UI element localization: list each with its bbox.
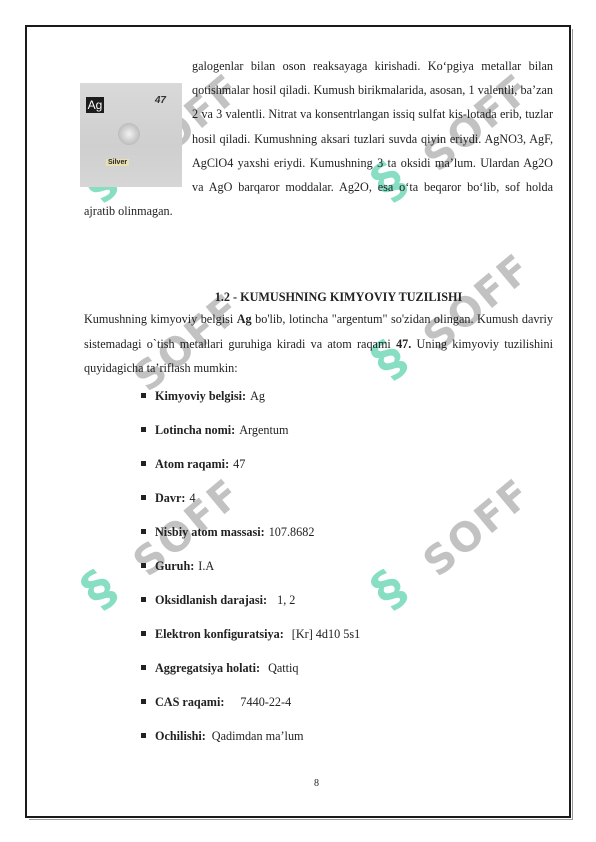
property-value: Qattiq (268, 661, 298, 675)
bullet-icon (141, 563, 146, 568)
property-value: Qadimdan ma’lum (212, 729, 304, 743)
bullet-icon (141, 597, 146, 602)
property-label: Guruh: (155, 559, 194, 573)
properties-list: Kimyoviy belgisi:Ag Lotincha nomi:Argent… (84, 386, 553, 760)
property-label: Aggregatsiya holati: (155, 661, 260, 675)
page-content: Ag 47 Silver galogenlar bilan oson reaks… (84, 54, 553, 760)
bullet-icon (141, 699, 146, 704)
bullet-icon (141, 665, 146, 670)
property-label: Davr: (155, 491, 185, 505)
property-value: [Kr] 4d10 5s1 (292, 627, 360, 641)
silver-crystal-icon (118, 123, 140, 145)
property-label: Ochilishi: (155, 729, 206, 743)
property-item: Atom raqami:47 (84, 454, 553, 488)
element-symbol-bold: Ag (237, 312, 252, 326)
property-value: Ag (250, 389, 265, 403)
section-paragraph: Kumushning kimyoviy belgisi Ag bo'lib, l… (84, 307, 553, 380)
bullet-icon (141, 393, 146, 398)
bullet-icon (141, 427, 146, 432)
property-label: Lotincha nomi: (155, 423, 235, 437)
element-symbol: Ag (86, 97, 104, 113)
silver-element-image: Ag 47 Silver (80, 83, 182, 187)
section-heading: 1.2 - KUMUSHNING KIMYOVIY TUZILISHI (84, 289, 553, 305)
property-label: Atom raqami: (155, 457, 229, 471)
property-item: Aggregatsiya holati:Qattiq (84, 658, 553, 692)
property-label: Elektron konfiguratsiya: (155, 627, 284, 641)
property-label: Oksidlanish darajasi: (155, 593, 267, 607)
property-item: Lotincha nomi:Argentum (84, 420, 553, 454)
property-label: CAS raqami: (155, 695, 224, 709)
property-label: Nisbiy atom massasi: (155, 525, 265, 539)
property-value: I.A (198, 559, 214, 573)
paragraph-text: Kumushning kimyoviy belgisi (84, 312, 237, 326)
property-value: 7440-22-4 (240, 695, 291, 709)
bullet-icon (141, 631, 146, 636)
page-number: 8 (314, 778, 319, 789)
bullet-icon (141, 495, 146, 500)
property-value: 1, 2 (277, 593, 295, 607)
element-name: Silver (106, 159, 129, 166)
property-item: Oksidlanish darajasi:1, 2 (84, 590, 553, 624)
property-value: 4 (189, 491, 195, 505)
bullet-icon (141, 733, 146, 738)
element-atomic-number: 47 (155, 95, 166, 106)
property-item: Guruh:I.A (84, 556, 553, 590)
intro-section: Ag 47 Silver galogenlar bilan oson reaks… (84, 54, 553, 223)
atomic-number-bold: 47. (396, 337, 411, 351)
property-item: Elektron konfiguratsiya:[Kr] 4d10 5s1 (84, 624, 553, 658)
property-value: Argentum (239, 423, 288, 437)
property-item: Kimyoviy belgisi:Ag (84, 386, 553, 420)
property-value: 47 (233, 457, 245, 471)
property-item: CAS raqami:7440-22-4 (84, 692, 553, 726)
property-item: Davr:4 (84, 488, 553, 522)
property-item: Nisbiy atom massasi:107.8682 (84, 522, 553, 556)
bullet-icon (141, 529, 146, 534)
property-value: 107.8682 (269, 525, 315, 539)
bullet-icon (141, 461, 146, 466)
property-item: Ochilishi:Qadimdan ma’lum (84, 726, 553, 760)
property-label: Kimyoviy belgisi: (155, 389, 246, 403)
